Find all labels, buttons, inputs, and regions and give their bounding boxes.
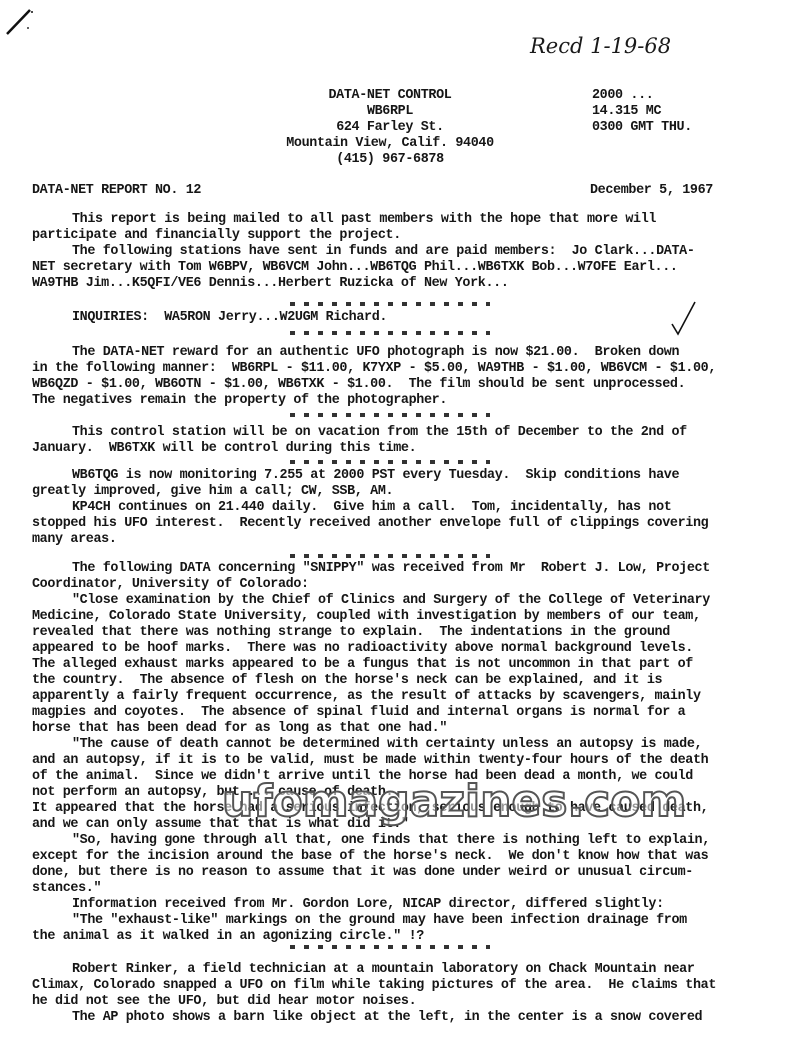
body-text-line: The AP photo shows a barn like object at…	[32, 1010, 702, 1026]
body-text-line: Coordinator, University of Colorado:	[32, 577, 309, 593]
body-text-line: The following DATA concerning "SNIPPY" w…	[32, 561, 710, 577]
checkmark-icon	[668, 300, 698, 338]
body-text-line: WA9THB Jim...K5QFI/VE6 Dennis...Herbert …	[32, 276, 509, 292]
letterhead-line-5: (415) 967-6878	[260, 152, 520, 168]
body-text-line: greatly improved, give him a call; CW, S…	[32, 484, 393, 500]
body-text-line: "The cause of death cannot be determined…	[32, 737, 702, 753]
body-text-line: done, but there is no reason to assume t…	[32, 865, 693, 881]
body-text-line: stopped his UFO interest. Recently recei…	[32, 516, 708, 532]
body-text-line: WB6QZD - $1.00, WB6OTN - $1.00, WB6TXK -…	[32, 377, 685, 393]
separator	[290, 413, 490, 417]
body-text-line: Climax, Colorado snapped a UFO on film w…	[32, 978, 716, 994]
body-text-line: apparently a fairly frequent occurrence,…	[32, 689, 701, 705]
separator	[290, 554, 490, 558]
body-text-line: The following stations have sent in fund…	[32, 244, 695, 260]
body-text-line: January. WB6TXK will be control during t…	[32, 441, 416, 457]
body-text-line: horse that has been dead for as long as …	[32, 721, 447, 737]
body-text-line: "The "exhaust-like" markings on the grou…	[32, 913, 687, 929]
body-text-line: except for the incision around the base …	[32, 849, 708, 865]
body-text-line: This report is being mailed to all past …	[32, 212, 656, 228]
letterhead-line-3: 624 Farley St.	[260, 120, 520, 136]
report-date: December 5, 1967	[590, 183, 713, 199]
body-text-line: stances."	[32, 881, 101, 897]
body-text-line: The DATA-NET reward for an authentic UFO…	[32, 345, 679, 361]
body-text-line: Medicine, Colorado State University, cou…	[32, 609, 701, 625]
report-title: DATA-NET REPORT NO. 12	[32, 183, 201, 199]
body-text-line: INQUIRIES: WA5RON Jerry...W2UGM Richard.	[32, 310, 387, 326]
body-text-line: many areas.	[32, 532, 117, 548]
pen-stroke-mark-icon	[4, 6, 34, 36]
body-text-line: he did not see the UFO, but did hear mot…	[32, 994, 416, 1010]
received-date-handwritten: Recd 1-19-68	[530, 34, 671, 58]
body-text-line: "Close examination by the Chief of Clini…	[32, 593, 710, 609]
body-text-line: "So, having gone through all that, one f…	[32, 833, 710, 849]
schedule-line-1: 2000 ...	[592, 88, 654, 104]
separator	[290, 331, 490, 335]
body-text-line: the animal as it walked in an agonizing …	[32, 929, 424, 945]
letterhead-line-1: DATA-NET CONTROL	[260, 88, 520, 104]
letterhead-line-4: Mountain View, Calif. 94040	[260, 136, 520, 152]
body-text-line: participate and financially support the …	[32, 228, 401, 244]
body-text-line: magpies and coyotes. The absence of spin…	[32, 705, 685, 721]
schedule-line-2: 14.315 MC	[592, 104, 661, 120]
body-text-line: the country. The absence of flesh on the…	[32, 673, 662, 689]
schedule-line-3: 0300 GMT THU.	[592, 120, 692, 136]
separator	[290, 945, 490, 949]
letterhead-line-2: WB6RPL	[260, 104, 520, 120]
body-text-line: in the following manner: WB6RPL - $11.00…	[32, 361, 716, 377]
separator	[290, 302, 490, 306]
body-text-line: Information received from Mr. Gordon Lor…	[32, 897, 664, 913]
body-text-line: appeared to be hoof marks. There was no …	[32, 641, 693, 657]
body-text-line: This control station will be on vacation…	[32, 425, 687, 441]
watermark: ufomagazines.com	[222, 776, 686, 827]
body-text-line: KP4CH continues on 21.440 daily. Give hi…	[32, 500, 672, 516]
separator	[290, 460, 490, 464]
document-page: Recd 1-19-68 DATA-NET CONTROL WB6RPL 624…	[0, 0, 800, 1043]
body-text-line: and an autopsy, if it is to be valid, mu…	[32, 753, 708, 769]
body-text-line: WB6TQG is now monitoring 7.255 at 2000 P…	[32, 468, 679, 484]
body-text-line: The alleged exhaust marks appeared to be…	[32, 657, 693, 673]
body-text-line: The negatives remain the property of the…	[32, 393, 447, 409]
body-text-line: NET secretary with Tom W6BPV, WB6VCM Joh…	[32, 260, 678, 276]
body-text-line: revealed that there was nothing strange …	[32, 625, 670, 641]
body-text-line: Robert Rinker, a field technician at a m…	[32, 962, 695, 978]
